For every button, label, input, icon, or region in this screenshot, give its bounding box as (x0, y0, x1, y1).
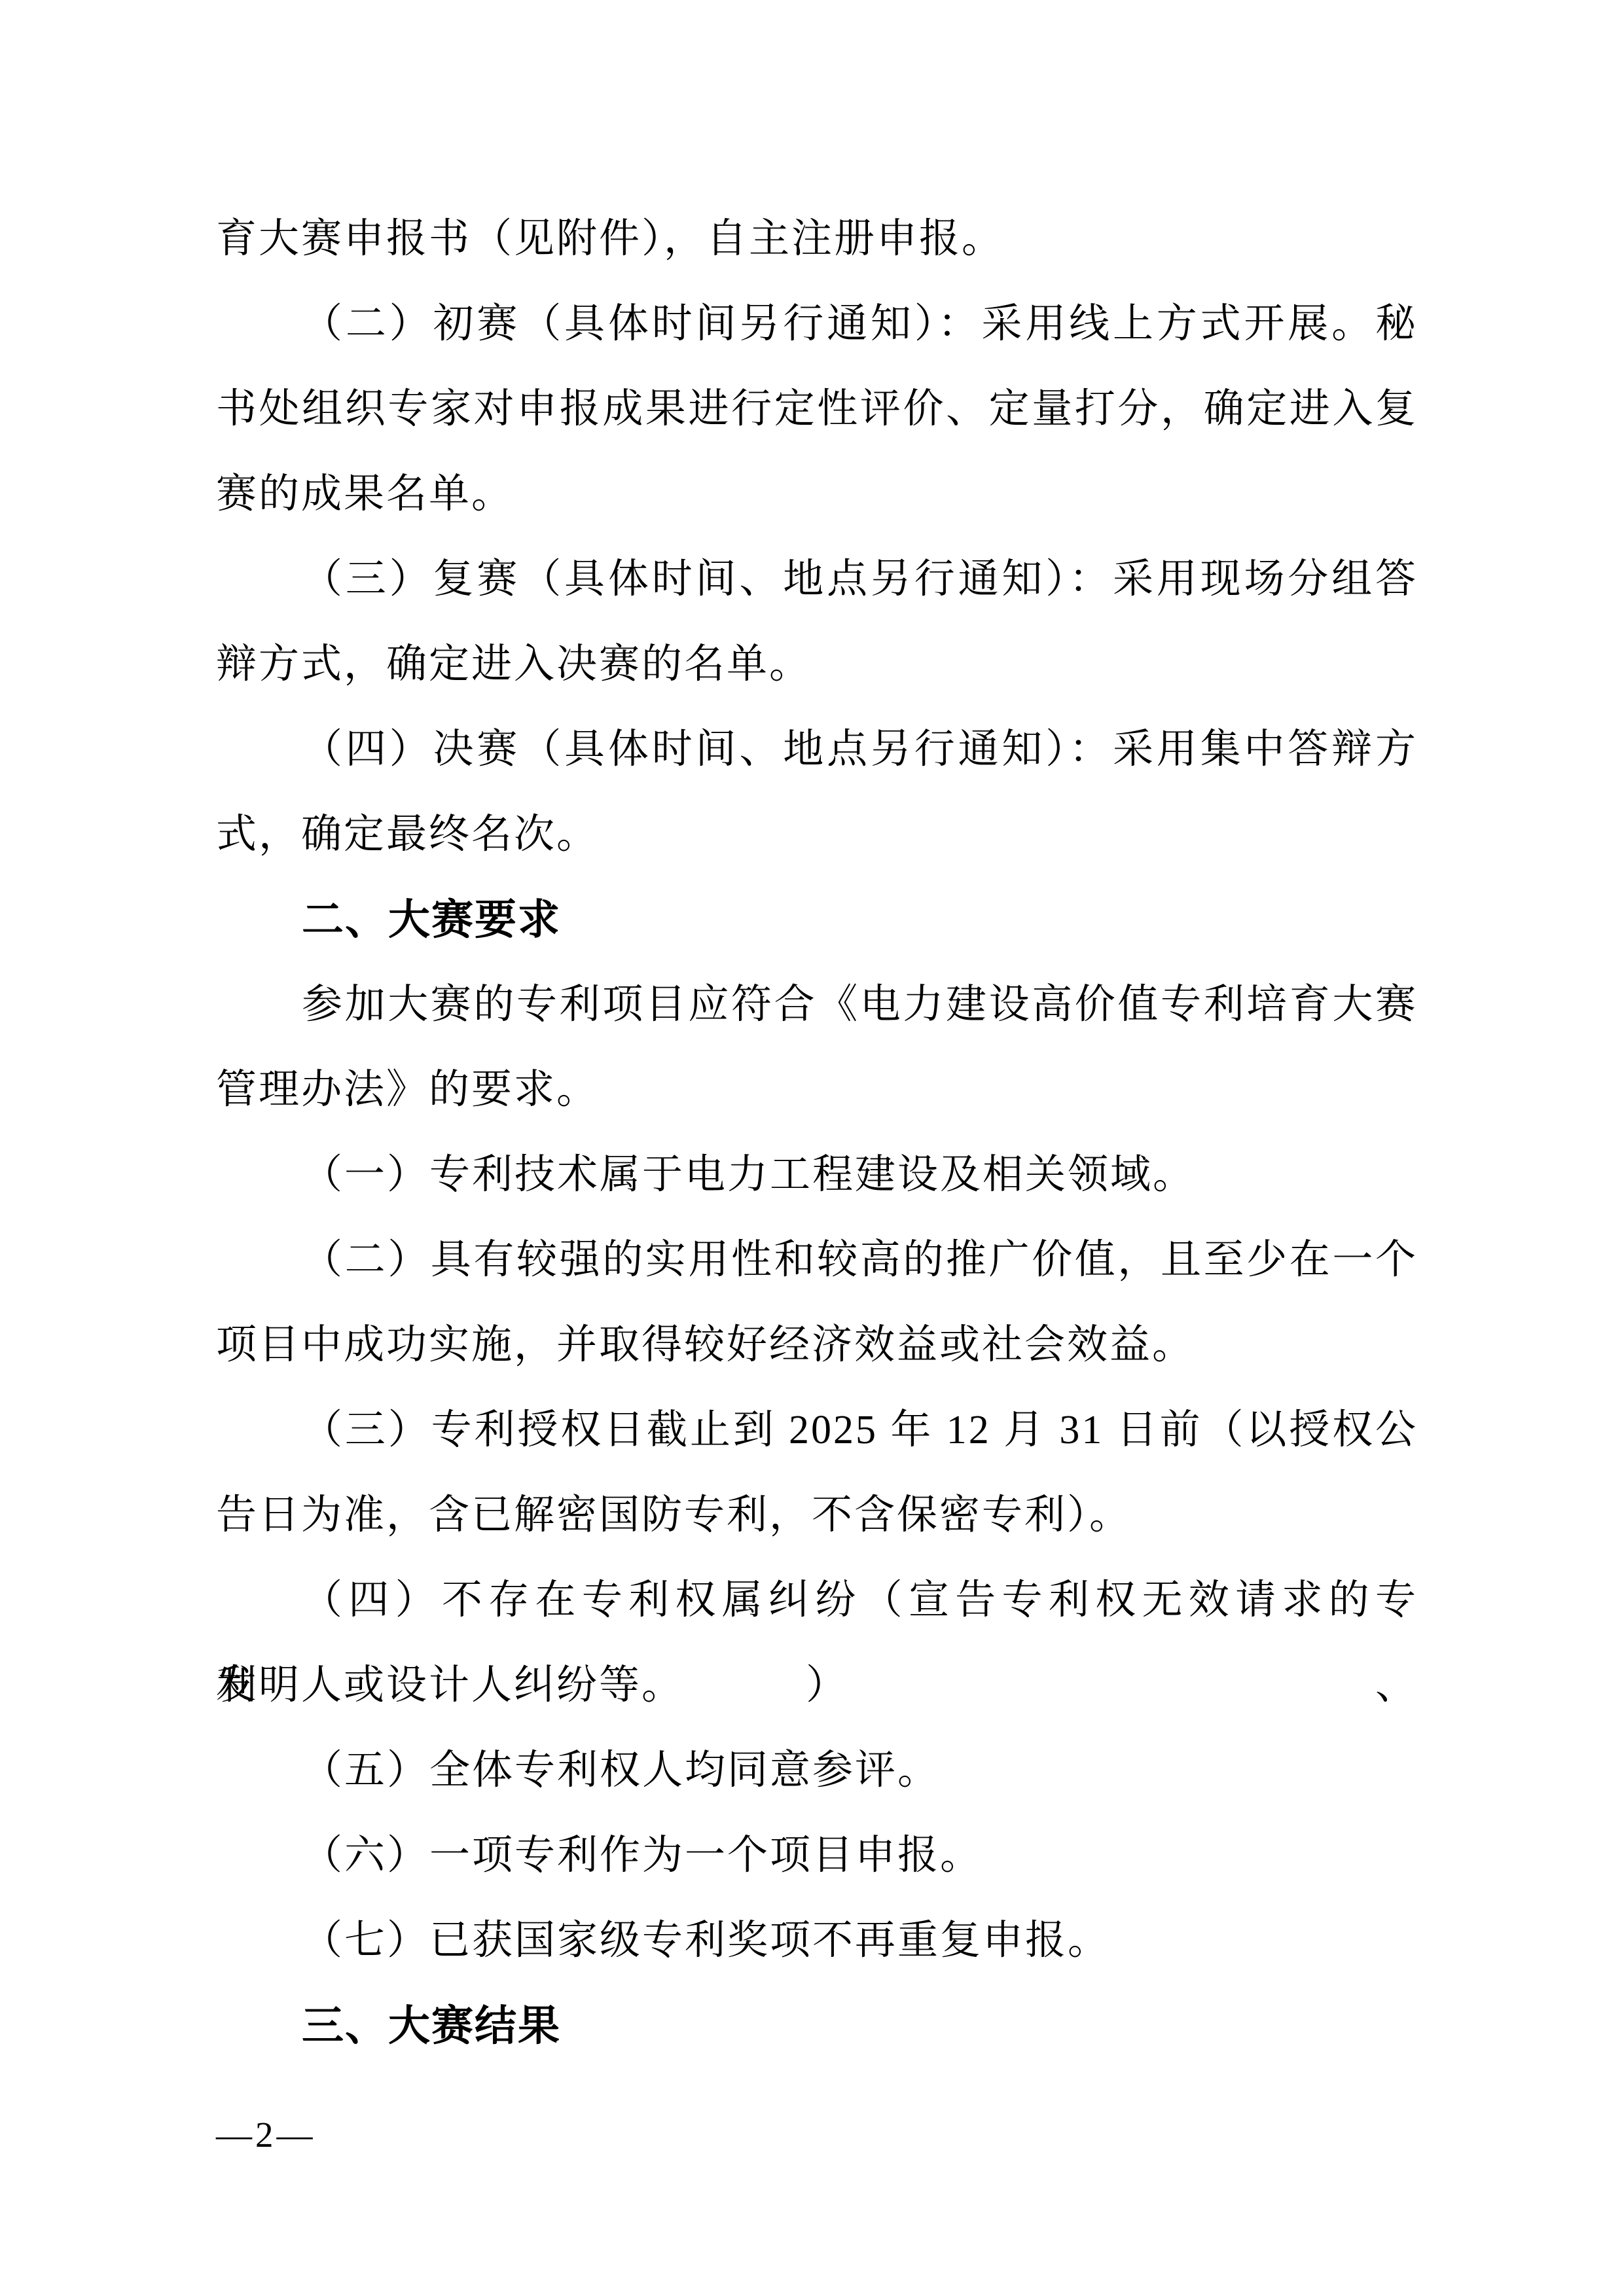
text-line: （五）全体专利权人均同意参评。 (216, 1728, 1418, 1813)
section-heading: 三、大赛结果 (216, 1983, 1418, 2068)
text-line: 参加大赛的专利项目应符合《电力建设高价值专利培育大赛 (216, 962, 1418, 1047)
document-body: 育大赛申报书（见附件），自主注册申报。 （二）初赛（具体时间另行通知）：采用线上… (216, 196, 1418, 2068)
text-line: 管理办法》的要求。 (216, 1047, 1418, 1132)
text-line: 告日为准，含已解密国防专利，不含保密专利）。 (216, 1473, 1418, 1558)
section-heading: 二、大赛要求 (216, 877, 1418, 962)
text-line: 辩方式，确定进入决赛的名单。 (216, 622, 1418, 707)
text-line: （一）专利技术属于电力工程建设及相关领域。 (216, 1132, 1418, 1217)
text-line: （三）专利授权日截止到 2025 年 12 月 31 日前（以授权公 (216, 1388, 1418, 1473)
text-line: （六）一项专利作为一个项目申报。 (216, 1813, 1418, 1898)
text-line: （四）不存在专利权属纠纷（宣告专利权无效请求的专利）、 (216, 1558, 1418, 1643)
text-line: （三）复赛（具体时间、地点另行通知）：采用现场分组答 (216, 537, 1418, 622)
text-line: 项目中成功实施，并取得较好经济效益或社会效益。 (216, 1302, 1418, 1388)
text-line: （二）初赛（具体时间另行通知）：采用线上方式开展。秘 (216, 281, 1418, 367)
document-page: 育大赛申报书（见附件），自主注册申报。 （二）初赛（具体时间另行通知）：采用线上… (0, 0, 1624, 2296)
text-line: （四）决赛（具体时间、地点另行通知）：采用集中答辩方 (216, 707, 1418, 792)
text-line: 育大赛申报书（见附件），自主注册申报。 (216, 196, 1418, 281)
text-line: （二）具有较强的实用性和较高的推广价值，且至少在一个 (216, 1217, 1418, 1302)
text-line: 赛的成果名单。 (216, 452, 1418, 537)
text-line: 书处组织专家对申报成果进行定性评价、定量打分，确定进入复 (216, 367, 1418, 452)
text-line: （七）已获国家级专利奖项不再重复申报。 (216, 1898, 1418, 1983)
text-line: 式，确定最终名次。 (216, 792, 1418, 877)
page-number: —2— (216, 2102, 316, 2168)
